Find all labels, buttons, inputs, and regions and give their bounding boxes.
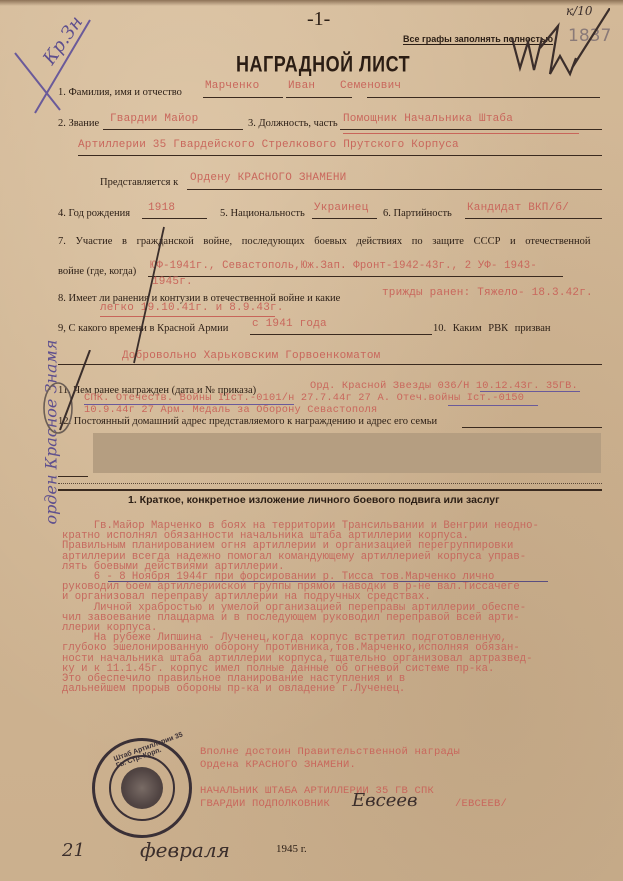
section-1-heading: 1. Краткое, конкретное изложение личного… xyxy=(128,494,500,506)
official-stamp: Штаб Артиллерии 35 Гв. Стр. Корп. xyxy=(92,738,192,838)
field-1-rule xyxy=(367,97,600,98)
signatory-line-2: ГВАРДИИ ПОДПОЛКОВНИК xyxy=(200,798,330,810)
blue-pencil-underline xyxy=(480,391,580,392)
field-12-label: 12. Постоянный домашний адрес представля… xyxy=(58,416,437,427)
field-12-rule xyxy=(58,476,88,477)
field-1-surname: Марченко xyxy=(205,80,259,92)
field-10-label: 10. Каким РВК призван xyxy=(433,323,550,334)
conclusion-line-1: Вполне достоин Правительственной награды xyxy=(200,746,460,758)
presented-rule xyxy=(187,189,602,190)
presented-label: Представляется к xyxy=(100,177,178,188)
redacted-address-block xyxy=(93,433,601,473)
red-underline xyxy=(343,133,579,134)
date-month: февраля xyxy=(140,838,230,862)
date-day: 21 xyxy=(62,840,85,861)
field-3-rule-2 xyxy=(78,155,602,156)
field-6-label: 6. Партийность xyxy=(383,208,452,219)
conclusion-line-2: Ордена КРАСНОГО ЗНАМЕНИ. xyxy=(200,759,356,771)
field-3-rule xyxy=(340,129,602,130)
field-6-value: Кандидат ВКП/б/ xyxy=(467,202,569,214)
pencil-slash-mark-icon xyxy=(130,225,170,365)
field-3-label: 3. Должность, часть xyxy=(248,118,338,129)
field-6-rule xyxy=(465,218,602,219)
field-4-rule xyxy=(142,218,207,219)
field-5-value: Украинец xyxy=(314,202,368,214)
field-5-rule xyxy=(312,218,377,219)
field-2-rule xyxy=(103,129,243,130)
soviet-emblem-icon xyxy=(121,767,163,809)
field-3-value-line2: Артиллерии 35 Гвардейского Стрелкового П… xyxy=(78,139,459,151)
field-3-value-line1: Помощник Начальника Штаба xyxy=(343,113,513,125)
dotted-separator xyxy=(58,483,602,484)
field-2-label: 2. Звание xyxy=(58,118,99,129)
field-7-value-line1: ЮФ-1941г., Севастополь,Юж.Зап. Фронт-194… xyxy=(150,260,537,272)
field-11-value-line2: СПК. Отечеств. Войны IIст.-0101/н 27.7.4… xyxy=(84,392,524,404)
field-11-value-line3: 10.9.44г 27 Арм. Медаль за Оборону Севас… xyxy=(84,404,377,416)
field-4-label: 4. Год рождения xyxy=(58,208,130,219)
page-number: -1- xyxy=(307,8,330,31)
field-5-label: 5. Национальность xyxy=(220,208,305,219)
field-12-rule xyxy=(462,427,602,428)
field-1-label: 1. Фамилия, имя и отчество xyxy=(58,87,182,98)
blue-pencil-underline xyxy=(84,404,294,405)
field-7-rule xyxy=(148,276,563,277)
pencil-underline xyxy=(108,581,548,582)
field-1-rule xyxy=(286,97,352,98)
field-2-value: Гвардии Майор xyxy=(110,113,198,125)
body-line: дальнейшем прорыв обороны пр-ка и овладе… xyxy=(62,684,539,694)
section-separator xyxy=(58,489,602,491)
field-1-rule xyxy=(203,97,283,98)
pencil-loop-mark-icon xyxy=(30,350,100,440)
paper-edge xyxy=(0,0,623,6)
signatory-name: /ЕВСЕЕВ/ xyxy=(455,798,507,810)
field-8-value-line2: легко 19.10.41г. и 8.9.43г. xyxy=(100,302,284,314)
blue-pencil-underline xyxy=(448,405,538,406)
section-1-body: Гв.Майор Марченко в боях на территории Т… xyxy=(62,521,539,694)
red-underline xyxy=(100,316,275,317)
page-title: НАГРАДНОЙ ЛИСТ xyxy=(236,51,410,77)
field-8-value-line1: трижды ранен: Тяжело- 18.3.42г. xyxy=(382,287,593,299)
field-9-rule xyxy=(250,334,432,335)
field-7-label-line2: войне (где, когда) xyxy=(58,266,136,277)
field-1-name: Иван xyxy=(288,80,315,92)
field-1-patronymic: Семенович xyxy=(340,80,401,92)
presented-value: Ордену КРАСНОГО ЗНАМЕНИ xyxy=(190,172,346,184)
signature: Евсеев xyxy=(352,790,417,811)
field-4-value: 1918 xyxy=(148,202,175,214)
field-9-value: с 1941 года xyxy=(252,318,327,330)
date-year: 1945 г. xyxy=(276,843,307,855)
handwritten-scribble-icon xyxy=(500,8,610,78)
